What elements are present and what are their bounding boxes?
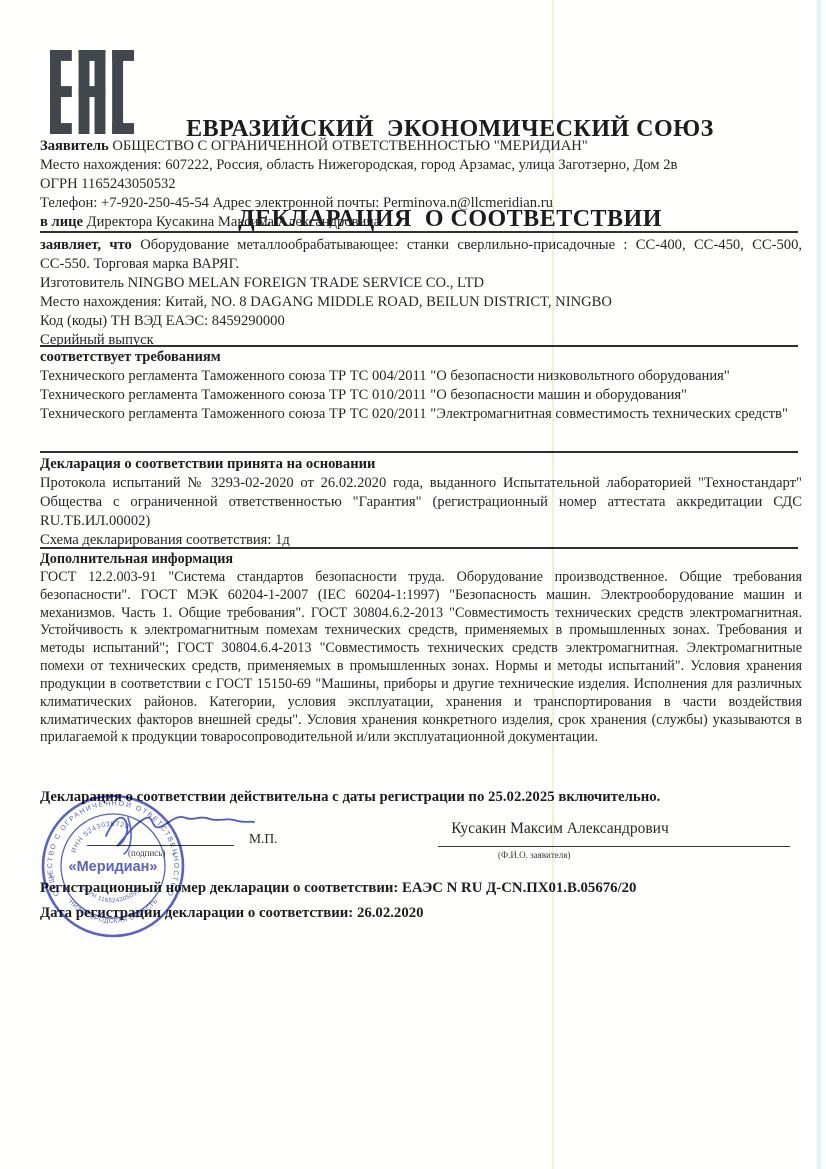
applicant-label: Заявитель [40, 138, 112, 154]
compliance-section: соответствует требованиям Технического р… [40, 348, 802, 424]
declarant-name-line [438, 846, 790, 847]
product-description: Оборудование металлообрабатывающее: стан… [40, 237, 802, 272]
section-divider [40, 451, 798, 453]
applicant-section: Заявитель ОБЩЕСТВО С ОГРАНИЧЕННОЙ ОТВЕТС… [40, 137, 802, 232]
applicant-address: Место нахождения: 607222, Россия, област… [40, 156, 802, 175]
section-divider [40, 231, 798, 233]
compliance-item: Технического регламента Таможенного союз… [40, 367, 802, 386]
applicant-ogrn: ОГРН 1165243050532 [40, 175, 802, 194]
compliance-item: Технического регламента Таможенного союз… [40, 405, 802, 424]
compliance-heading: соответствует требованиям [40, 348, 802, 367]
company-stamp: ОБЩЕСТВО С ОГРАНИЧЕННОЙ ОТВЕТСТВЕННОСТЬЮ… [37, 791, 189, 941]
basis-protocol: Протокола испытаний № 3293-02-2020 от 26… [40, 474, 802, 531]
basis-heading: Декларация о соответствии принята на осн… [40, 455, 802, 474]
product-declaration-line: заявляет, что Оборудование металлообраба… [40, 236, 802, 274]
stamp-center-text: «Меридиан» [69, 859, 158, 875]
section-divider [40, 345, 798, 347]
compliance-item: Технического регламента Таможенного союз… [40, 386, 802, 405]
svg-text:ИНН 5243036720: ИНН 5243036720 [66, 817, 134, 855]
declarant-name: Кусакин Максим Александрович [420, 820, 700, 838]
applicant-representative: в лице Директора Кусакина Максима Алекса… [40, 213, 802, 232]
declares-label: заявляет, что [40, 237, 140, 253]
scan-artifact-right-edge [817, 0, 821, 1169]
stamp-ring-inn-text: ИНН 5243036720 [66, 817, 134, 855]
additional-text: ГОСТ 12.2.003-91 "Система стандартов без… [40, 569, 802, 747]
applicant-name: ОБЩЕСТВО С ОГРАНИЧЕННОЙ ОТВЕТСТВЕННОСТЬЮ… [112, 138, 587, 154]
applicant-line: Заявитель ОБЩЕСТВО С ОГРАНИЧЕННОЙ ОТВЕТС… [40, 137, 802, 156]
svg-text:ОГРН 1165243050532: ОГРН 1165243050532 [79, 874, 146, 910]
manufacturer-line: Изготовитель NINGBO MELAN FOREIGN TRADE … [40, 274, 802, 293]
additional-info-section: Дополнительная информация ГОСТ 12.2.003-… [40, 551, 802, 747]
basis-section: Декларация о соответствии принята на осн… [40, 455, 802, 550]
in-face-label: в лице [40, 214, 87, 230]
scan-artifact-bottom-edge [0, 1146, 745, 1156]
stamp-ring-ogrn-text: ОГРН 1165243050532 [79, 874, 146, 910]
section-divider [40, 547, 798, 549]
declaration-document-page: ЕВРАЗИЙСКИЙ ЭКОНОМИЧЕСКИЙ СОЮЗ ДЕКЛАРАЦИ… [0, 0, 826, 1169]
registration-number-value: ЕАЭС N RU Д-CN.ПХ01.В.05676/20 [402, 880, 636, 896]
applicant-contacts: Телефон: +7-920-250-45-54 Адрес электрон… [40, 194, 802, 213]
manufacturer-address: Место нахождения: Китай, NO. 8 DAGANG MI… [40, 293, 802, 312]
registration-date-value: 26.02.2020 [357, 905, 424, 921]
additional-heading: Дополнительная информация [40, 551, 802, 569]
tnved-code-line: Код (коды) ТН ВЭД ЕАЭС: 8459290000 [40, 312, 802, 331]
in-face-value: Директора Кусакина Максима Александрович… [87, 214, 380, 230]
declarant-name-caption: (Ф.И.О. заявителя) [498, 850, 570, 860]
product-section: заявляет, что Оборудование металлообраба… [40, 236, 802, 350]
